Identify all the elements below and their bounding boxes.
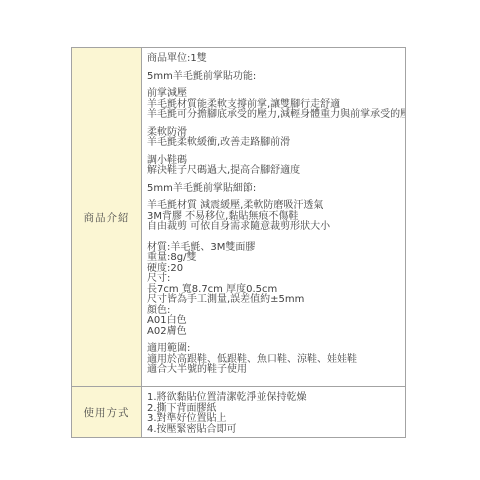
text-line: 羊毛氈可分擔腳底承受的壓力,減輕身體重力與前掌承受的壓力 (147, 110, 400, 121)
paragraph: 商品單位:1雙 (147, 54, 400, 65)
row-content-cell: 商品單位:1雙5mm羊毛氈前掌貼功能:前掌減壓羊毛氈材質能柔軟支撐前掌,讓雙腳行… (142, 48, 405, 386)
row-content-cell: 1.將欲黏貼位置清潔乾淨並保持乾燥2.撕下背面膠紙3.對準好位置貼上4.按壓緊密… (142, 387, 405, 437)
text-line: 4.按壓緊密貼合即可 (147, 425, 400, 436)
text-line: 適用範圍: (147, 344, 400, 355)
paragraph: 5mm羊毛氈前掌貼功能: (147, 72, 400, 83)
text-line: A02膚色 (147, 327, 400, 338)
text-line: A01白色 (147, 316, 400, 327)
paragraph: 前掌減壓羊毛氈材質能柔軟支撐前掌,讓雙腳行走舒適羊毛氈可分擔腳底承受的壓力,減輕… (147, 89, 400, 121)
product-spec-table: 商品介紹商品單位:1雙5mm羊毛氈前掌貼功能:前掌減壓羊毛氈材質能柔軟支撐前掌,… (71, 47, 406, 438)
paragraph: 適用範圍:適用於高跟鞋、低跟鞋、魚口鞋、涼鞋、娃娃鞋適合大半號的鞋子使用 (147, 344, 400, 376)
row-header-label: 使用方式 (72, 387, 142, 437)
table-row: 使用方式1.將欲黏貼位置清潔乾淨並保持乾燥2.撕下背面膠紙3.對準好位置貼上4.… (72, 386, 405, 437)
text-line: 3.對準好位置貼上 (147, 414, 400, 425)
paragraph: 1.將欲黏貼位置清潔乾淨並保持乾燥2.撕下背面膠紙3.對準好位置貼上4.按壓緊密… (147, 393, 400, 435)
paragraph: 5mm羊毛氈前掌貼細節: (147, 184, 400, 195)
text-line: 5mm羊毛氈前掌貼細節: (147, 184, 400, 195)
paragraph: 調小鞋碼解決鞋子尺碼過大,提高合腳舒適度 (147, 156, 400, 177)
text-line: 解決鞋子尺碼過大,提高合腳舒適度 (147, 166, 400, 177)
paragraph: 材質:羊毛氈、3M雙面膠重量:8g/雙硬度:20尺寸:長7cm 寬8.7cm 厚… (147, 243, 400, 338)
text-line: 羊毛氈材質 減震緩壓,柔軟防磨吸汗透氣 (147, 201, 400, 212)
paragraph: 羊毛氈材質 減震緩壓,柔軟防磨吸汗透氣3M背膠 不易移位,黏貼無痕不傷鞋自由裁剪… (147, 201, 400, 233)
text-line: 尺寸皆為手工測量,誤差值約±5mm (147, 295, 400, 306)
row-header-label: 商品介紹 (72, 48, 142, 386)
text-line: 5mm羊毛氈前掌貼功能: (147, 72, 400, 83)
text-line: 羊毛氈柔軟緩衝,改善走路腳前滑 (147, 138, 400, 149)
text-line: 尺寸: (147, 274, 400, 285)
text-line: 商品單位:1雙 (147, 54, 400, 65)
text-line: 前掌減壓 (147, 89, 400, 100)
product-detail-page: 商品介紹商品單位:1雙5mm羊毛氈前掌貼功能:前掌減壓羊毛氈材質能柔軟支撐前掌,… (0, 0, 480, 480)
text-line: 自由裁剪 可依自身需求隨意裁剪形狀大小 (147, 222, 400, 233)
paragraph-spacer (147, 233, 400, 236)
text-line: 適合大半號的鞋子使用 (147, 365, 400, 376)
text-line: 重量:8g/雙 (147, 253, 400, 264)
table-row: 商品介紹商品單位:1雙5mm羊毛氈前掌貼功能:前掌減壓羊毛氈材質能柔軟支撐前掌,… (72, 48, 405, 386)
paragraph: 柔軟防滑羊毛氈柔軟緩衝,改善走路腳前滑 (147, 128, 400, 149)
text-line: 硬度:20 (147, 264, 400, 275)
text-line: 1.將欲黏貼位置清潔乾淨並保持乾燥 (147, 393, 400, 404)
